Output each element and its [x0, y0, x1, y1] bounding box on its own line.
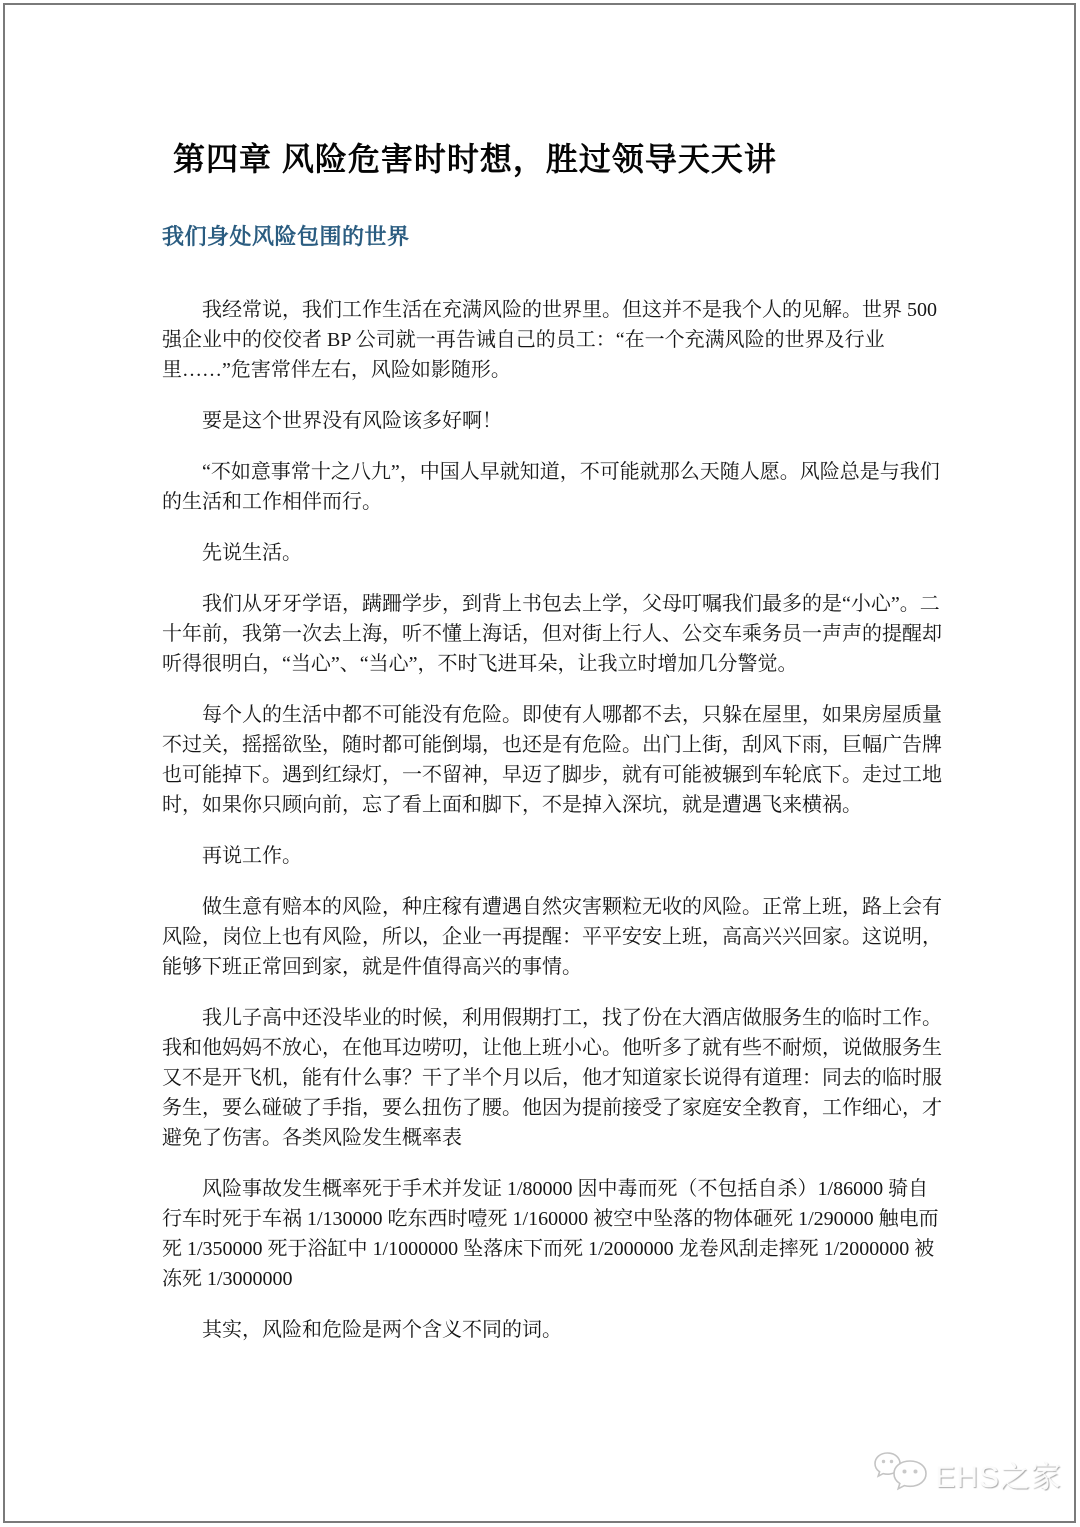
body-paragraph: 我们从牙牙学语，蹒跚学步，到背上书包去上学，父母叮嘱我们最多的是“小心”。二十年… — [162, 589, 942, 679]
body-paragraph: 其实，风险和危险是两个含义不同的词。 — [162, 1315, 942, 1345]
body-paragraph: 风险事故发生概率死于手术并发证 1/80000 因中毒而死（不包括自杀）1/86… — [162, 1174, 942, 1294]
wechat-icon — [873, 1449, 931, 1499]
body-paragraph: 我经常说，我们工作生活在充满风险的世界里。但这并不是我个人的见解。世界 500 … — [162, 295, 942, 385]
body-paragraph: 每个人的生活中都不可能没有危险。即使有人哪都不去，只躲在屋里，如果房屋质量不过关… — [162, 700, 942, 820]
body-text: 我经常说，我们工作生活在充满风险的世界里。但这并不是我个人的见解。世界 500 … — [162, 295, 942, 1345]
body-paragraph: 要是这个世界没有风险该多好啊！ — [162, 406, 942, 436]
page-title: 第四章 风险危害时时想，胜过领导天天讲 — [173, 141, 942, 177]
body-paragraph: “不如意事常十之八九”，中国人早就知道，不可能就那么天随人愿。风险总是与我们的生… — [162, 457, 942, 517]
section-heading: 我们身处风险包围的世界 — [162, 224, 942, 250]
watermark-label: EHS之家 — [935, 1452, 1062, 1496]
body-paragraph: 做生意有赔本的风险，种庄稼有遭遇自然灾害颗粒无收的风险。正常上班，路上会有风险，… — [162, 892, 942, 982]
watermark: EHS之家 — [873, 1449, 1062, 1499]
document-page: 第四章 风险危害时时想，胜过领导天天讲 我们身处风险包围的世界 我经常说，我们工… — [162, 0, 942, 1366]
body-paragraph: 先说生活。 — [162, 538, 942, 568]
body-paragraph: 再说工作。 — [162, 841, 942, 871]
body-paragraph: 我儿子高中还没毕业的时候，利用假期打工，找了份在大酒店做服务生的临时工作。我和他… — [162, 1003, 942, 1153]
